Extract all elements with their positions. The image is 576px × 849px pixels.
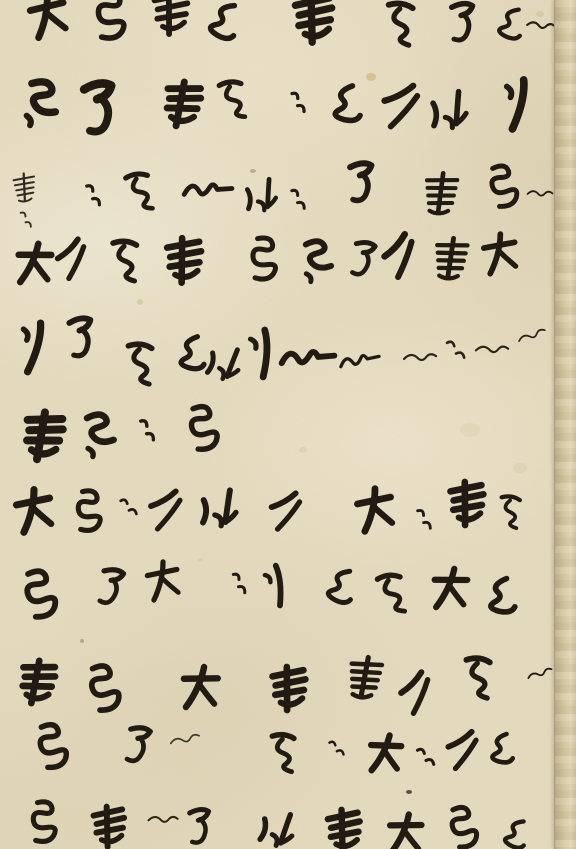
paper-stain xyxy=(80,639,84,643)
paper-stain xyxy=(536,11,544,17)
paper-stain xyxy=(513,463,527,473)
paper-stain xyxy=(197,558,203,562)
calligraphy-ink-layer xyxy=(0,0,576,849)
paper-stain xyxy=(250,169,256,173)
paper-stain xyxy=(406,790,412,794)
paper-stain xyxy=(137,299,143,305)
paper-fold-edge xyxy=(554,0,576,849)
paper-grain-texture xyxy=(0,0,576,849)
paper-stain xyxy=(460,423,480,437)
paper-stain xyxy=(299,447,307,453)
paper-stain xyxy=(366,73,376,81)
calligraphy-manuscript-page xyxy=(0,0,576,849)
